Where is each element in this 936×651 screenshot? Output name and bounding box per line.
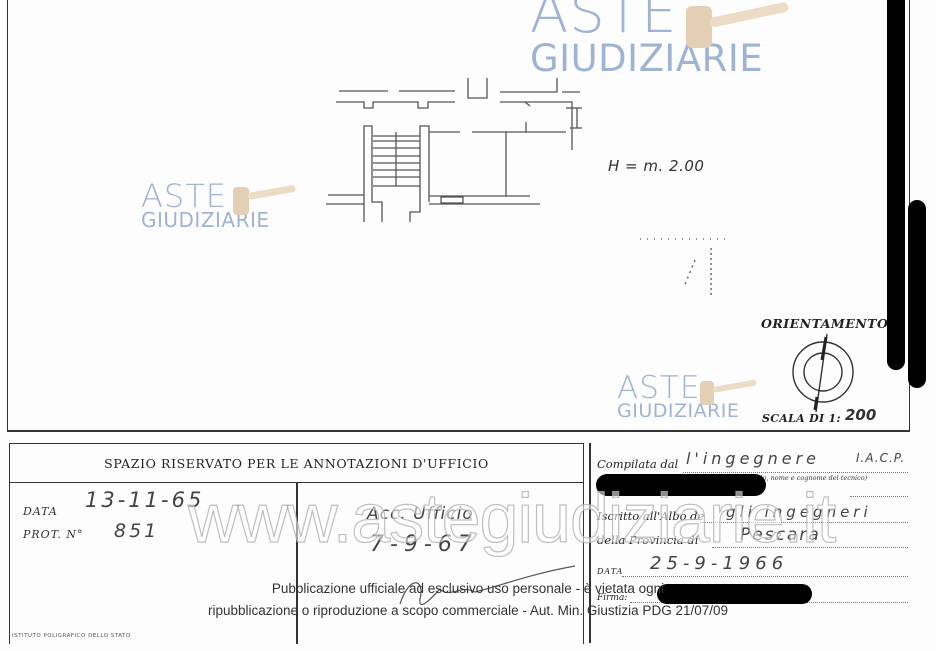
redaction-bar-vertical-1 (887, 0, 905, 370)
orientation-label: ORIENTAMENTO (761, 316, 888, 331)
compiled-by-label: Compilata dal (597, 457, 678, 471)
compiled-by-org: I.A.C.P. (856, 451, 905, 465)
name-line (850, 496, 908, 497)
compiled-by-value: l'ingegnere (686, 449, 820, 468)
gavel-icon (698, 378, 760, 408)
compiler-date-line (622, 576, 908, 577)
redaction-bar-vertical-2 (908, 200, 926, 388)
gavel-icon (230, 183, 300, 219)
watermark-url: www.astegiudiziarie.it (188, 478, 835, 558)
compiler-date-label: DATA (597, 567, 623, 576)
disclaimer-line-1: Pubblicazione ufficiale ad esclusivo uso… (0, 581, 936, 596)
office-date-value: 13-11-65 (85, 488, 204, 512)
office-prot-value: 851 (114, 520, 159, 542)
disclaimer-line-2: ripubblicazione o riproduzione a scopo c… (0, 603, 936, 618)
scale-value: 200 (845, 406, 876, 424)
printer-footer: ISTITUTO POLIGRAFICO DELLO STATO (12, 633, 131, 639)
office-prot-label: PROT. N° (23, 528, 84, 541)
scale-label: SCALA DI 1: (762, 412, 841, 425)
height-note: H = m. 2.00 (608, 157, 704, 175)
office-date-label: DATA (23, 505, 58, 518)
gavel-icon (680, 0, 795, 55)
compiled-by-line (683, 472, 908, 473)
